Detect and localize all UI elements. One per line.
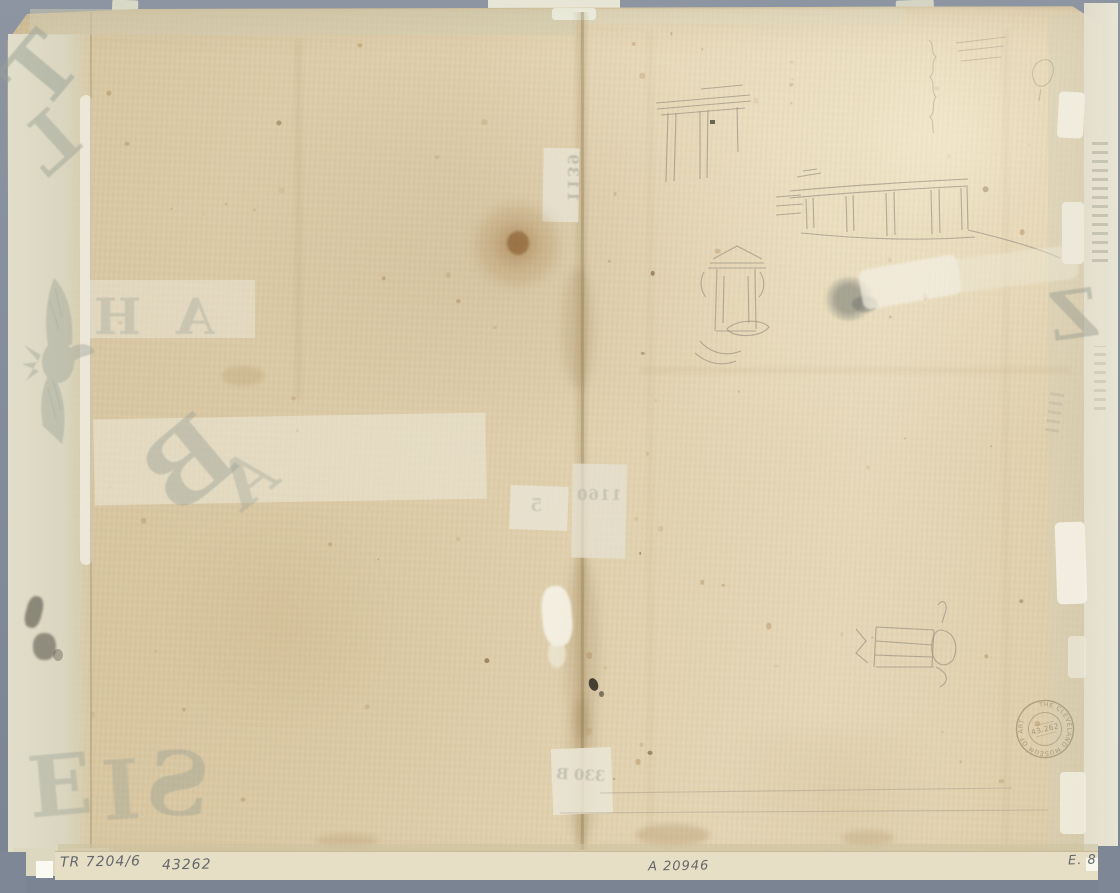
abrasion-patch	[548, 640, 566, 668]
bottom-label-strip	[55, 851, 1103, 880]
scanned-verso-image: T L H A B A E I S Z 1139 5 1160 330 B	[0, 0, 1120, 893]
ink-speck	[599, 691, 604, 697]
sketch-colonnade	[776, 169, 1060, 258]
sketch-sideways-altar	[856, 602, 956, 687]
small-stain	[222, 366, 264, 386]
white-chip	[36, 861, 53, 878]
inscription-accession-number: 43262	[162, 857, 212, 874]
pencil-sketches-layer	[0, 0, 1120, 893]
inscription-page-ref: E. 8	[1068, 853, 1097, 869]
sketch-guide-lines	[560, 788, 1048, 813]
bottom-stain	[636, 824, 710, 846]
edge-smudge	[53, 649, 63, 661]
inscription-tr-number: TR 7204/6	[60, 853, 141, 870]
sketch-corner-scribbles	[929, 37, 1053, 133]
brown-stain-core	[507, 231, 529, 255]
inscription-negative-number: A 20946	[648, 858, 710, 874]
background-corner	[0, 852, 26, 893]
sketch-aedicula	[695, 246, 769, 364]
sketch-trabeated-doorway	[656, 85, 751, 182]
background-corner	[1098, 846, 1120, 893]
